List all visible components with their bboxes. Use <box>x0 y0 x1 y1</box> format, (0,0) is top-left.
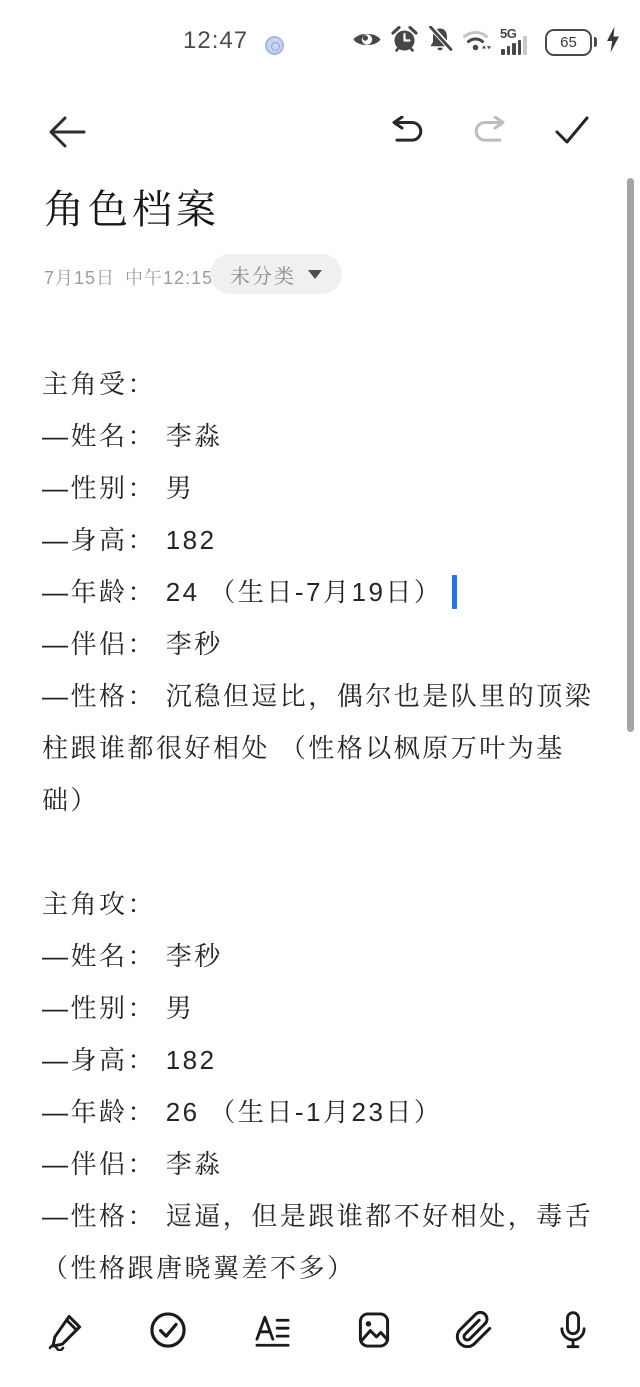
attachment-button[interactable] <box>454 1310 494 1353</box>
notes-editor-screen: 12:47 <box>0 0 640 1387</box>
signal-5g-icon: 5G <box>500 27 536 57</box>
back-button[interactable] <box>44 110 90 157</box>
note-line[interactable]: —身高： 182 <box>42 1034 620 1086</box>
wifi-icon <box>462 28 491 57</box>
note-line[interactable]: —姓名： 李秒 <box>42 930 620 982</box>
handwriting-button[interactable] <box>45 1309 87 1354</box>
voice-input-button[interactable] <box>554 1309 592 1354</box>
charging-icon <box>606 26 620 58</box>
note-line[interactable]: —性格： 逗逼，但是跟谁都不好相处，毒舌 <box>42 1190 620 1242</box>
battery-icon: 65 <box>545 29 592 56</box>
category-chip[interactable]: 未分类 <box>210 254 342 294</box>
note-line[interactable]: 础） <box>42 774 620 826</box>
note-line[interactable]: —性别： 男 <box>42 982 620 1034</box>
note-line-with-cursor[interactable]: —年龄： 24 （生日-7月19日） <box>42 566 620 618</box>
note-line[interactable]: —性别： 男 <box>42 462 620 514</box>
image-icon <box>354 1309 394 1354</box>
note-line[interactable]: —伴侣： 李淼 <box>42 1138 620 1190</box>
note-line[interactable]: —姓名： 李淼 <box>42 410 620 462</box>
microphone-icon <box>554 1309 592 1354</box>
status-icons: 5G 65 <box>352 26 620 58</box>
note-title[interactable]: 角色档案 <box>44 178 220 235</box>
note-line[interactable]: 柱跟谁都很好相处 （性格以枫原万叶为基 <box>42 722 620 774</box>
note-line-blank[interactable] <box>42 826 620 878</box>
paperclip-icon <box>454 1310 494 1353</box>
note-line[interactable]: —身高： 182 <box>42 514 620 566</box>
note-line[interactable]: —性格： 沉稳但逗比，偶尔也是队里的顶梁 <box>42 670 620 722</box>
battery-percent: 65 <box>560 34 577 51</box>
undo-button[interactable] <box>386 116 426 149</box>
alarm-icon <box>391 26 418 58</box>
redo-icon <box>471 134 511 149</box>
mute-icon <box>427 26 453 58</box>
category-label: 未分类 <box>230 260 296 289</box>
note-date: 7月15日 <box>44 268 115 288</box>
note-line[interactable]: —伴侣： 李秒 <box>42 618 620 670</box>
note-line[interactable]: —年龄： 26 （生日-1月23日） <box>42 1086 620 1138</box>
clock-time: 12:47 <box>183 27 248 55</box>
eye-protection-icon <box>352 29 382 55</box>
note-meta: 7月15日中午12:15 <box>44 264 213 290</box>
text-cursor <box>452 575 457 609</box>
redo-button[interactable] <box>471 116 511 149</box>
bottom-toolbar <box>0 1300 640 1362</box>
notification-dot-icon <box>265 36 284 55</box>
pen-icon <box>45 1309 87 1354</box>
note-line[interactable]: （性格跟唐晓翼差不多） <box>42 1242 620 1294</box>
confirm-button[interactable] <box>551 112 593 151</box>
todo-check-button[interactable] <box>147 1309 189 1354</box>
scrollbar-thumb[interactable] <box>627 178 634 732</box>
undo-icon <box>386 134 426 149</box>
note-line[interactable]: 主角攻： <box>42 878 620 930</box>
note-body[interactable]: 主角受： —姓名： 李淼 —性别： 男 —身高： 182 —年龄： 24 （生日… <box>42 358 620 1294</box>
text-format-icon <box>249 1309 293 1354</box>
chevron-down-icon <box>308 270 322 279</box>
note-line-text: —年龄： 24 （生日-7月19日） <box>42 577 442 607</box>
note-line[interactable]: 主角受： <box>42 358 620 410</box>
note-time: 中午12:15 <box>125 268 213 288</box>
text-format-button[interactable] <box>249 1309 293 1354</box>
insert-image-button[interactable] <box>354 1309 394 1354</box>
back-arrow-icon <box>44 142 90 157</box>
circle-check-icon <box>147 1309 189 1354</box>
check-icon <box>551 136 593 151</box>
